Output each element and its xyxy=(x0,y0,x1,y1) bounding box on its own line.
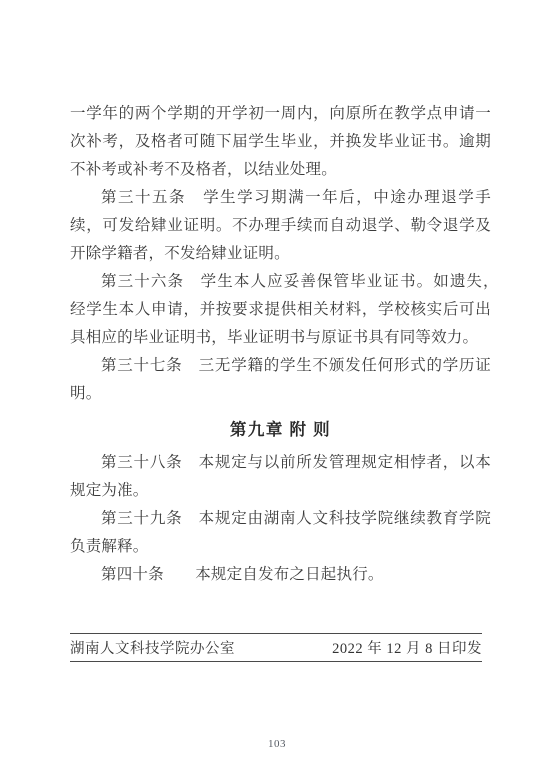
paragraph-continuation: 一学年的两个学期的开学初一周内，向原所在教学点申请一次补考，及格者可随下届学生毕… xyxy=(70,100,491,184)
document-page: 一学年的两个学期的开学初一周内，向原所在教学点申请一次补考，及格者可随下届学生毕… xyxy=(0,0,554,783)
paragraph-article-36: 第三十六条 学生本人应妥善保管毕业证书。如遗失， 经学生本人申请，并按要求提供相… xyxy=(70,268,491,352)
chapter-heading: 第九章 附 则 xyxy=(70,416,491,444)
paragraph-article-39: 第三十九条 本规定由湖南人文科技学院继续教育学院负责解释。 xyxy=(70,505,491,561)
paragraph-article-38: 第三十八条 本规定与以前所发管理规定相悖者，以本规定为准。 xyxy=(70,449,491,505)
document-footer: 湖南人文科技学院办公室 2022 年 12 月 8 日印发 xyxy=(70,633,482,662)
paragraph-article-37: 第三十七条 三无学籍的学生不颁发任何形式的学历证明。 xyxy=(70,352,491,408)
page-number: 103 xyxy=(0,738,554,750)
footer-issuer: 湖南人文科技学院办公室 xyxy=(70,637,235,658)
footer-print-date: 2022 年 12 月 8 日印发 xyxy=(332,637,482,658)
paragraph-article-35: 第三十五条 学生学习期满一年后，中途办理退学手续，可发给肄业证明。不办理手续而自… xyxy=(70,184,491,268)
document-body: 一学年的两个学期的开学初一周内，向原所在教学点申请一次补考，及格者可随下届学生毕… xyxy=(70,100,491,589)
paragraph-article-40: 第四十条 本规定自发布之日起执行。 xyxy=(70,561,491,589)
